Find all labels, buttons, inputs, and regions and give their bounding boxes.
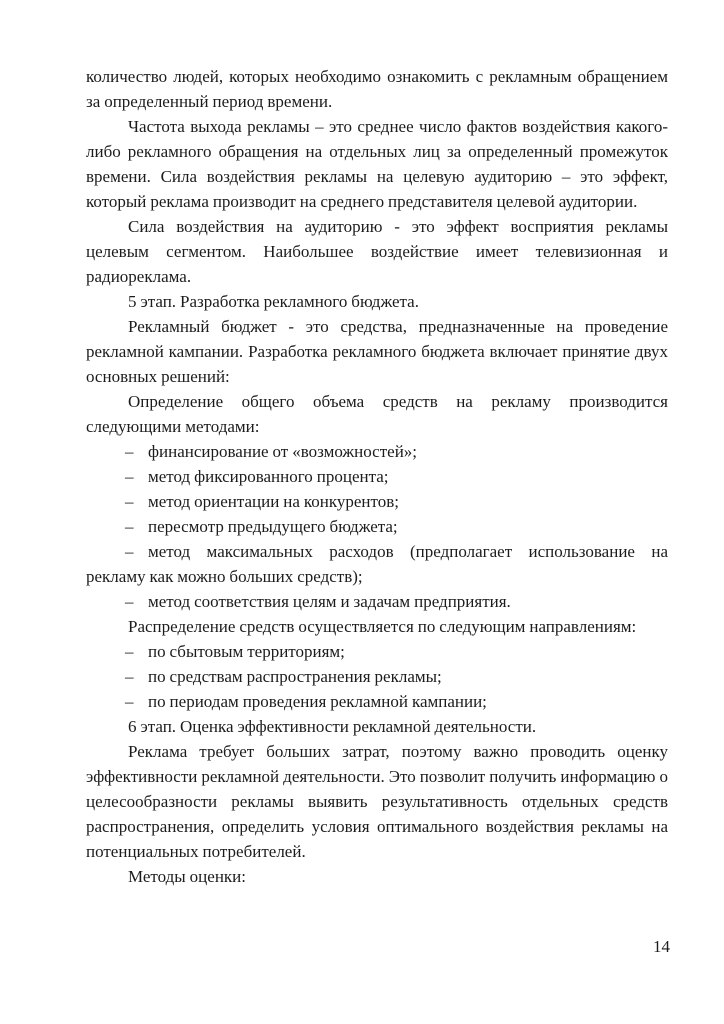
text-line: –по периодам проведения рекламной кампан…: [86, 689, 668, 714]
text-line: 5 этап. Разработка рекламного бюджета.: [86, 289, 668, 314]
text-line: основных решений:: [86, 364, 668, 389]
text-line: количество людей, которых необходимо озн…: [86, 64, 668, 89]
text-line-content: Реклама требует больших затрат, поэтому …: [128, 742, 668, 761]
text-line: Частота выхода рекламы – это среднее чис…: [86, 114, 668, 139]
text-line: рекламной кампании. Разработка рекламног…: [86, 339, 668, 364]
text-line-content: по сбытовым территориям;: [148, 642, 345, 661]
text-line-content: по средствам распространения рекламы;: [148, 667, 442, 686]
page-number: 14: [653, 934, 670, 959]
text-line-content: следующими методами:: [86, 417, 260, 436]
text-line-content: Определение общего объема средств на рек…: [128, 392, 668, 411]
text-line-content: который реклама производит на среднего п…: [86, 192, 637, 211]
text-line: либо рекламного обращения на отдельных л…: [86, 139, 668, 164]
text-line: времени. Сила воздействия рекламы на цел…: [86, 164, 668, 189]
text-line: Методы оценки:: [86, 864, 668, 889]
text-line-content: целесообразности рекламы выявить результ…: [86, 792, 668, 811]
text-line: следующими методами:: [86, 414, 668, 439]
text-line-content: Методы оценки:: [128, 867, 246, 886]
list-dash-marker: –: [125, 539, 148, 564]
text-line-content: финансирование от «возможностей»;: [148, 442, 417, 461]
list-dash-marker: –: [125, 439, 148, 464]
text-line: –метод соответствия целям и задачам пред…: [86, 589, 668, 614]
text-line: Сила воздействия на аудиторию - это эффе…: [86, 214, 668, 239]
text-line: –метод ориентации на конкурентов;: [86, 489, 668, 514]
text-line-content: Рекламный бюджет - это средства, предназ…: [128, 317, 668, 336]
text-line-content: целевым сегментом. Наибольшее воздействи…: [86, 242, 668, 261]
list-dash-marker: –: [125, 664, 148, 689]
document-body: количество людей, которых необходимо озн…: [86, 64, 668, 889]
text-line-content: за определенный период времени.: [86, 92, 332, 111]
text-line-content: эффективности рекламной деятельности. Эт…: [86, 767, 668, 786]
text-line: –по средствам распространения рекламы;: [86, 664, 668, 689]
text-line: целесообразности рекламы выявить результ…: [86, 789, 668, 814]
text-line-content: 5 этап. Разработка рекламного бюджета.: [128, 292, 419, 311]
text-line-content: метод фиксированного процента;: [148, 467, 389, 486]
text-line: –метод максимальных расходов (предполага…: [86, 539, 668, 564]
text-line: –по сбытовым территориям;: [86, 639, 668, 664]
text-line: 6 этап. Оценка эффективности рекламной д…: [86, 714, 668, 739]
text-line-content: метод максимальных расходов (предполагае…: [148, 542, 668, 561]
text-line-content: 6 этап. Оценка эффективности рекламной д…: [128, 717, 536, 736]
text-line-content: количество людей, которых необходимо озн…: [86, 67, 668, 86]
text-line-content: пересмотр предыдущего бюджета;: [148, 517, 398, 536]
text-line: за определенный период времени.: [86, 89, 668, 114]
list-dash-marker: –: [125, 639, 148, 664]
list-dash-marker: –: [125, 489, 148, 514]
list-dash-marker: –: [125, 514, 148, 539]
text-line-content: либо рекламного обращения на отдельных л…: [86, 142, 668, 161]
text-line: эффективности рекламной деятельности. Эт…: [86, 764, 668, 789]
text-line-content: Сила воздействия на аудиторию - это эффе…: [128, 217, 668, 236]
text-line-content: времени. Сила воздействия рекламы на цел…: [86, 167, 668, 186]
text-line-content: радиореклама.: [86, 267, 191, 286]
text-line: распространения, определить условия опти…: [86, 814, 668, 839]
text-line-content: рекламной кампании. Разработка рекламног…: [86, 342, 668, 361]
text-line: потенциальных потребителей.: [86, 839, 668, 864]
text-line: Рекламный бюджет - это средства, предназ…: [86, 314, 668, 339]
text-line-content: Распределение средств осуществляется по …: [128, 617, 636, 636]
list-dash-marker: –: [125, 689, 148, 714]
text-line: Реклама требует больших затрат, поэтому …: [86, 739, 668, 764]
text-line: целевым сегментом. Наибольшее воздействи…: [86, 239, 668, 264]
text-line-content: метод ориентации на конкурентов;: [148, 492, 399, 511]
text-line: который реклама производит на среднего п…: [86, 189, 668, 214]
text-line: Определение общего объема средств на рек…: [86, 389, 668, 414]
text-line-content: метод соответствия целям и задачам предп…: [148, 592, 511, 611]
text-line: –пересмотр предыдущего бюджета;: [86, 514, 668, 539]
text-line-content: основных решений:: [86, 367, 230, 386]
text-line: радиореклама.: [86, 264, 668, 289]
text-line: –метод фиксированного процента;: [86, 464, 668, 489]
document-page: количество людей, которых необходимо озн…: [0, 0, 724, 1024]
list-dash-marker: –: [125, 589, 148, 614]
list-dash-marker: –: [125, 464, 148, 489]
text-line: рекламу как можно больших средств);: [86, 564, 668, 589]
text-line-content: Частота выхода рекламы – это среднее чис…: [128, 117, 668, 136]
text-line-content: потенциальных потребителей.: [86, 842, 306, 861]
text-line: –финансирование от «возможностей»;: [86, 439, 668, 464]
text-line-content: рекламу как можно больших средств);: [86, 567, 363, 586]
text-line-content: по периодам проведения рекламной кампани…: [148, 692, 487, 711]
text-line-content: распространения, определить условия опти…: [86, 817, 668, 836]
text-line: Распределение средств осуществляется по …: [86, 614, 668, 639]
